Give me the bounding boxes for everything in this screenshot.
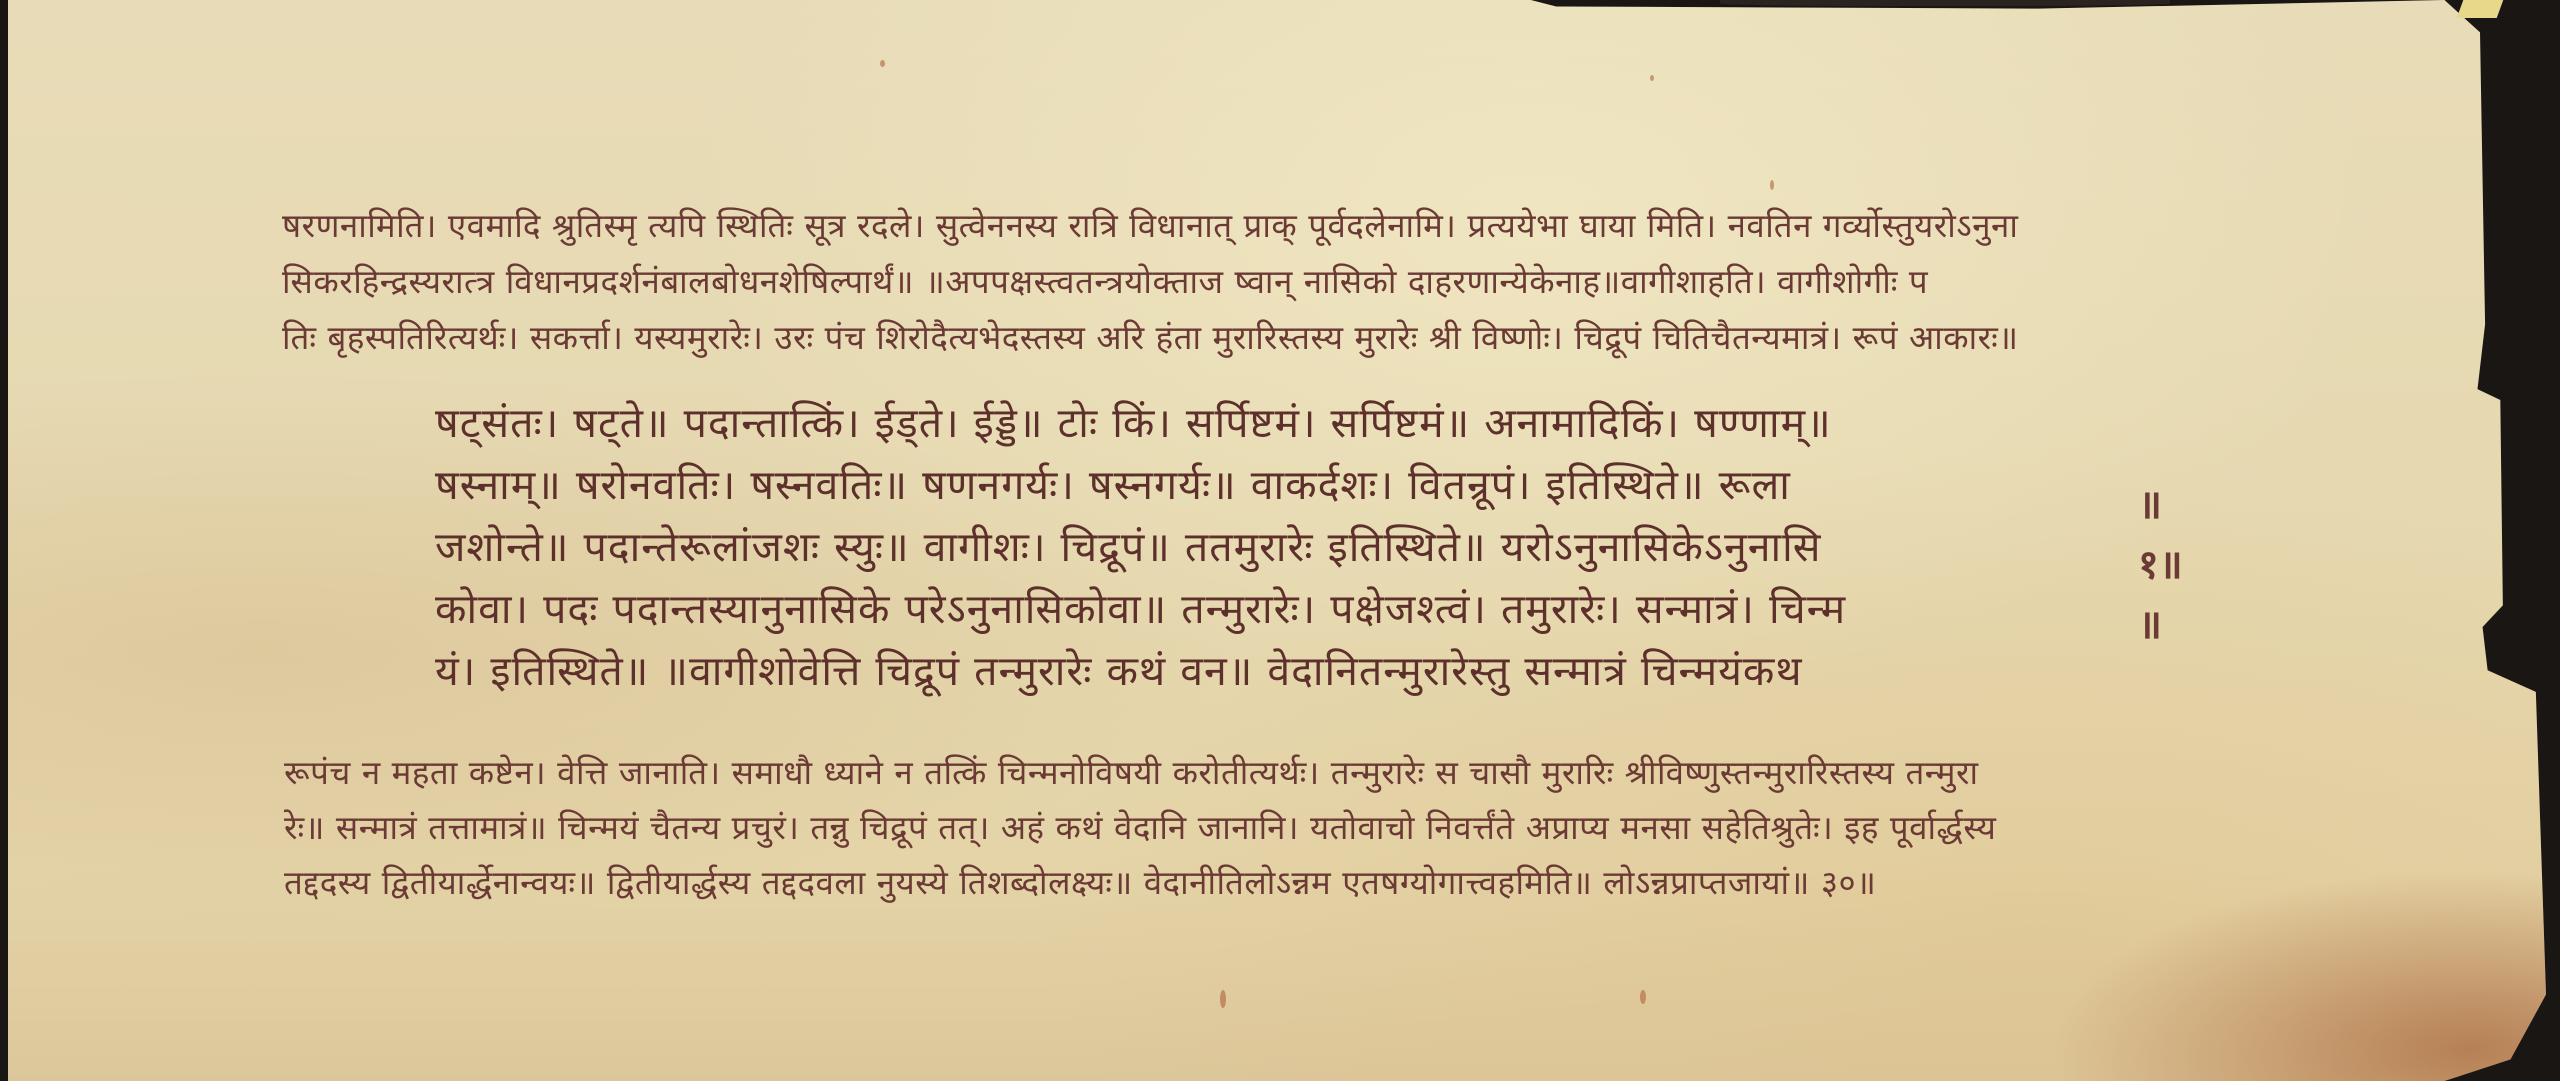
- manuscript-line: जशोन्ते॥ पदान्तेरूलांजशः स्युः॥ वागीशः। …: [435, 516, 2245, 578]
- manuscript-line: रेः॥ सन्मात्रं तत्तामात्रं॥ चिन्मयं चैतन…: [284, 800, 2414, 855]
- paper-speck: [1640, 990, 1646, 1004]
- commentary-block-bottom: रूपंच न महता कष्टेन। वेत्ति जानाति। समाध…: [284, 745, 2414, 910]
- root-text-block: षट्संतः। षट्ते॥ पदान्तात्किं। ईड्ते। ईड्…: [435, 392, 2245, 702]
- manuscript-line: कोवा। पदः पदान्तस्यानुनासिके परेऽनुनासिक…: [435, 578, 2245, 640]
- manuscript-line: सिकरहिन्द्रस्यरात्त्र विधानप्रदर्शनंबालब…: [282, 254, 2272, 310]
- paper-corner-patch: [2457, 0, 2504, 18]
- margin-mark: १॥: [2138, 535, 2198, 595]
- paper-speck: [1650, 75, 1654, 81]
- manuscript-line: षट्संतः। षट्ते॥ पदान्तात्किं। ईड्ते। ईड्…: [435, 392, 2245, 454]
- manuscript-line: यं। इतिस्थिते॥ ॥वागीशोवेत्ति चिद्रूपं तन…: [435, 640, 2245, 702]
- manuscript-line: तद्ददस्य द्वितीयार्द्धेनान्वयः॥ द्वितीया…: [284, 855, 2414, 910]
- commentary-block-top: षरणनामिति। एवमादि श्रुतिस्मृ त्यपि स्थित…: [282, 198, 2272, 366]
- margin-annotations: ॥ १॥ ॥: [2138, 475, 2198, 655]
- manuscript-line: षस्नाम्॥ षरोनवतिः। षस्नवतिः॥ षणनगर्यः। ष…: [435, 454, 2245, 516]
- torn-edge-shadow: [1720, 0, 2170, 6]
- margin-mark: ॥: [2138, 595, 2198, 655]
- paper-speck: [1220, 990, 1226, 1008]
- paper-speck: [1770, 180, 1774, 190]
- paper-speck: [880, 60, 885, 67]
- manuscript-line: षरणनामिति। एवमादि श्रुतिस्मृ त्यपि स्थित…: [282, 198, 2272, 254]
- manuscript-line: रूपंच न महता कष्टेन। वेत्ति जानाति। समाध…: [284, 745, 2414, 800]
- manuscript-line: तिः बृहस्पतिरित्यर्थः। सकर्त्ता। यस्यमुर…: [282, 310, 2272, 366]
- margin-mark: ॥: [2138, 475, 2198, 535]
